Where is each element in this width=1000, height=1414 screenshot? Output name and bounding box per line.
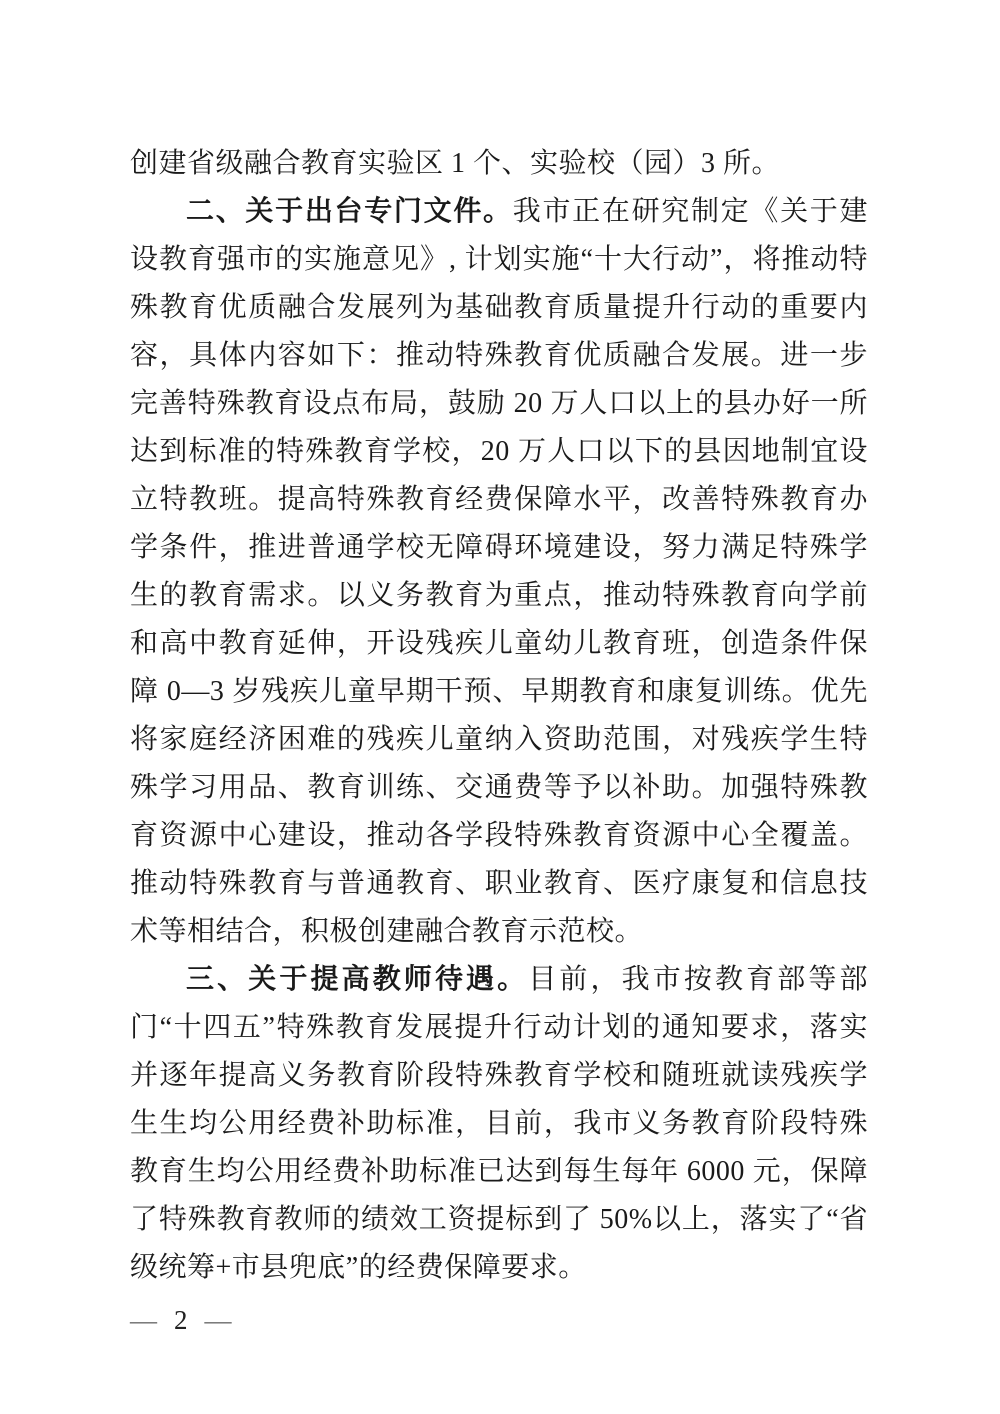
paragraph-section-2: 二、关于出台专门文件。我市正在研究制定《关于建设教育强市的实施意见》, 计划实施… bbox=[130, 188, 868, 956]
page-number: 2 bbox=[174, 1304, 188, 1336]
section-heading: 二、关于出台专门文件。 bbox=[186, 196, 513, 227]
section-heading: 三、关于提高教师待遇。 bbox=[186, 964, 528, 995]
footer-dash-right: — bbox=[205, 1305, 232, 1335]
document-body: 创建省级融合教育实验区 1 个、实验校（园）3 所。 二、关于出台专门文件。我市… bbox=[130, 140, 868, 1292]
document-page: 创建省级融合教育实验区 1 个、实验校（园）3 所。 二、关于出台专门文件。我市… bbox=[0, 0, 1000, 1414]
paragraph-section-3: 三、关于提高教师待遇。目前，我市按教育部等部门“十四五”特殊教育发展提升行动计划… bbox=[130, 956, 868, 1292]
paragraph-continuation: 创建省级融合教育实验区 1 个、实验校（园）3 所。 bbox=[130, 140, 868, 188]
paragraph-text: 创建省级融合教育实验区 1 个、实验校（园）3 所。 bbox=[130, 148, 780, 179]
paragraph-text: 目前，我市按教育部等部门“十四五”特殊教育发展提升行动计划的通知要求，落实并逐年… bbox=[130, 964, 868, 1283]
paragraph-text: 我市正在研究制定《关于建设教育强市的实施意见》, 计划实施“十大行动”，将推动特… bbox=[130, 196, 868, 947]
page-footer: —2— bbox=[130, 1304, 232, 1336]
footer-dash-left: — bbox=[130, 1305, 157, 1335]
